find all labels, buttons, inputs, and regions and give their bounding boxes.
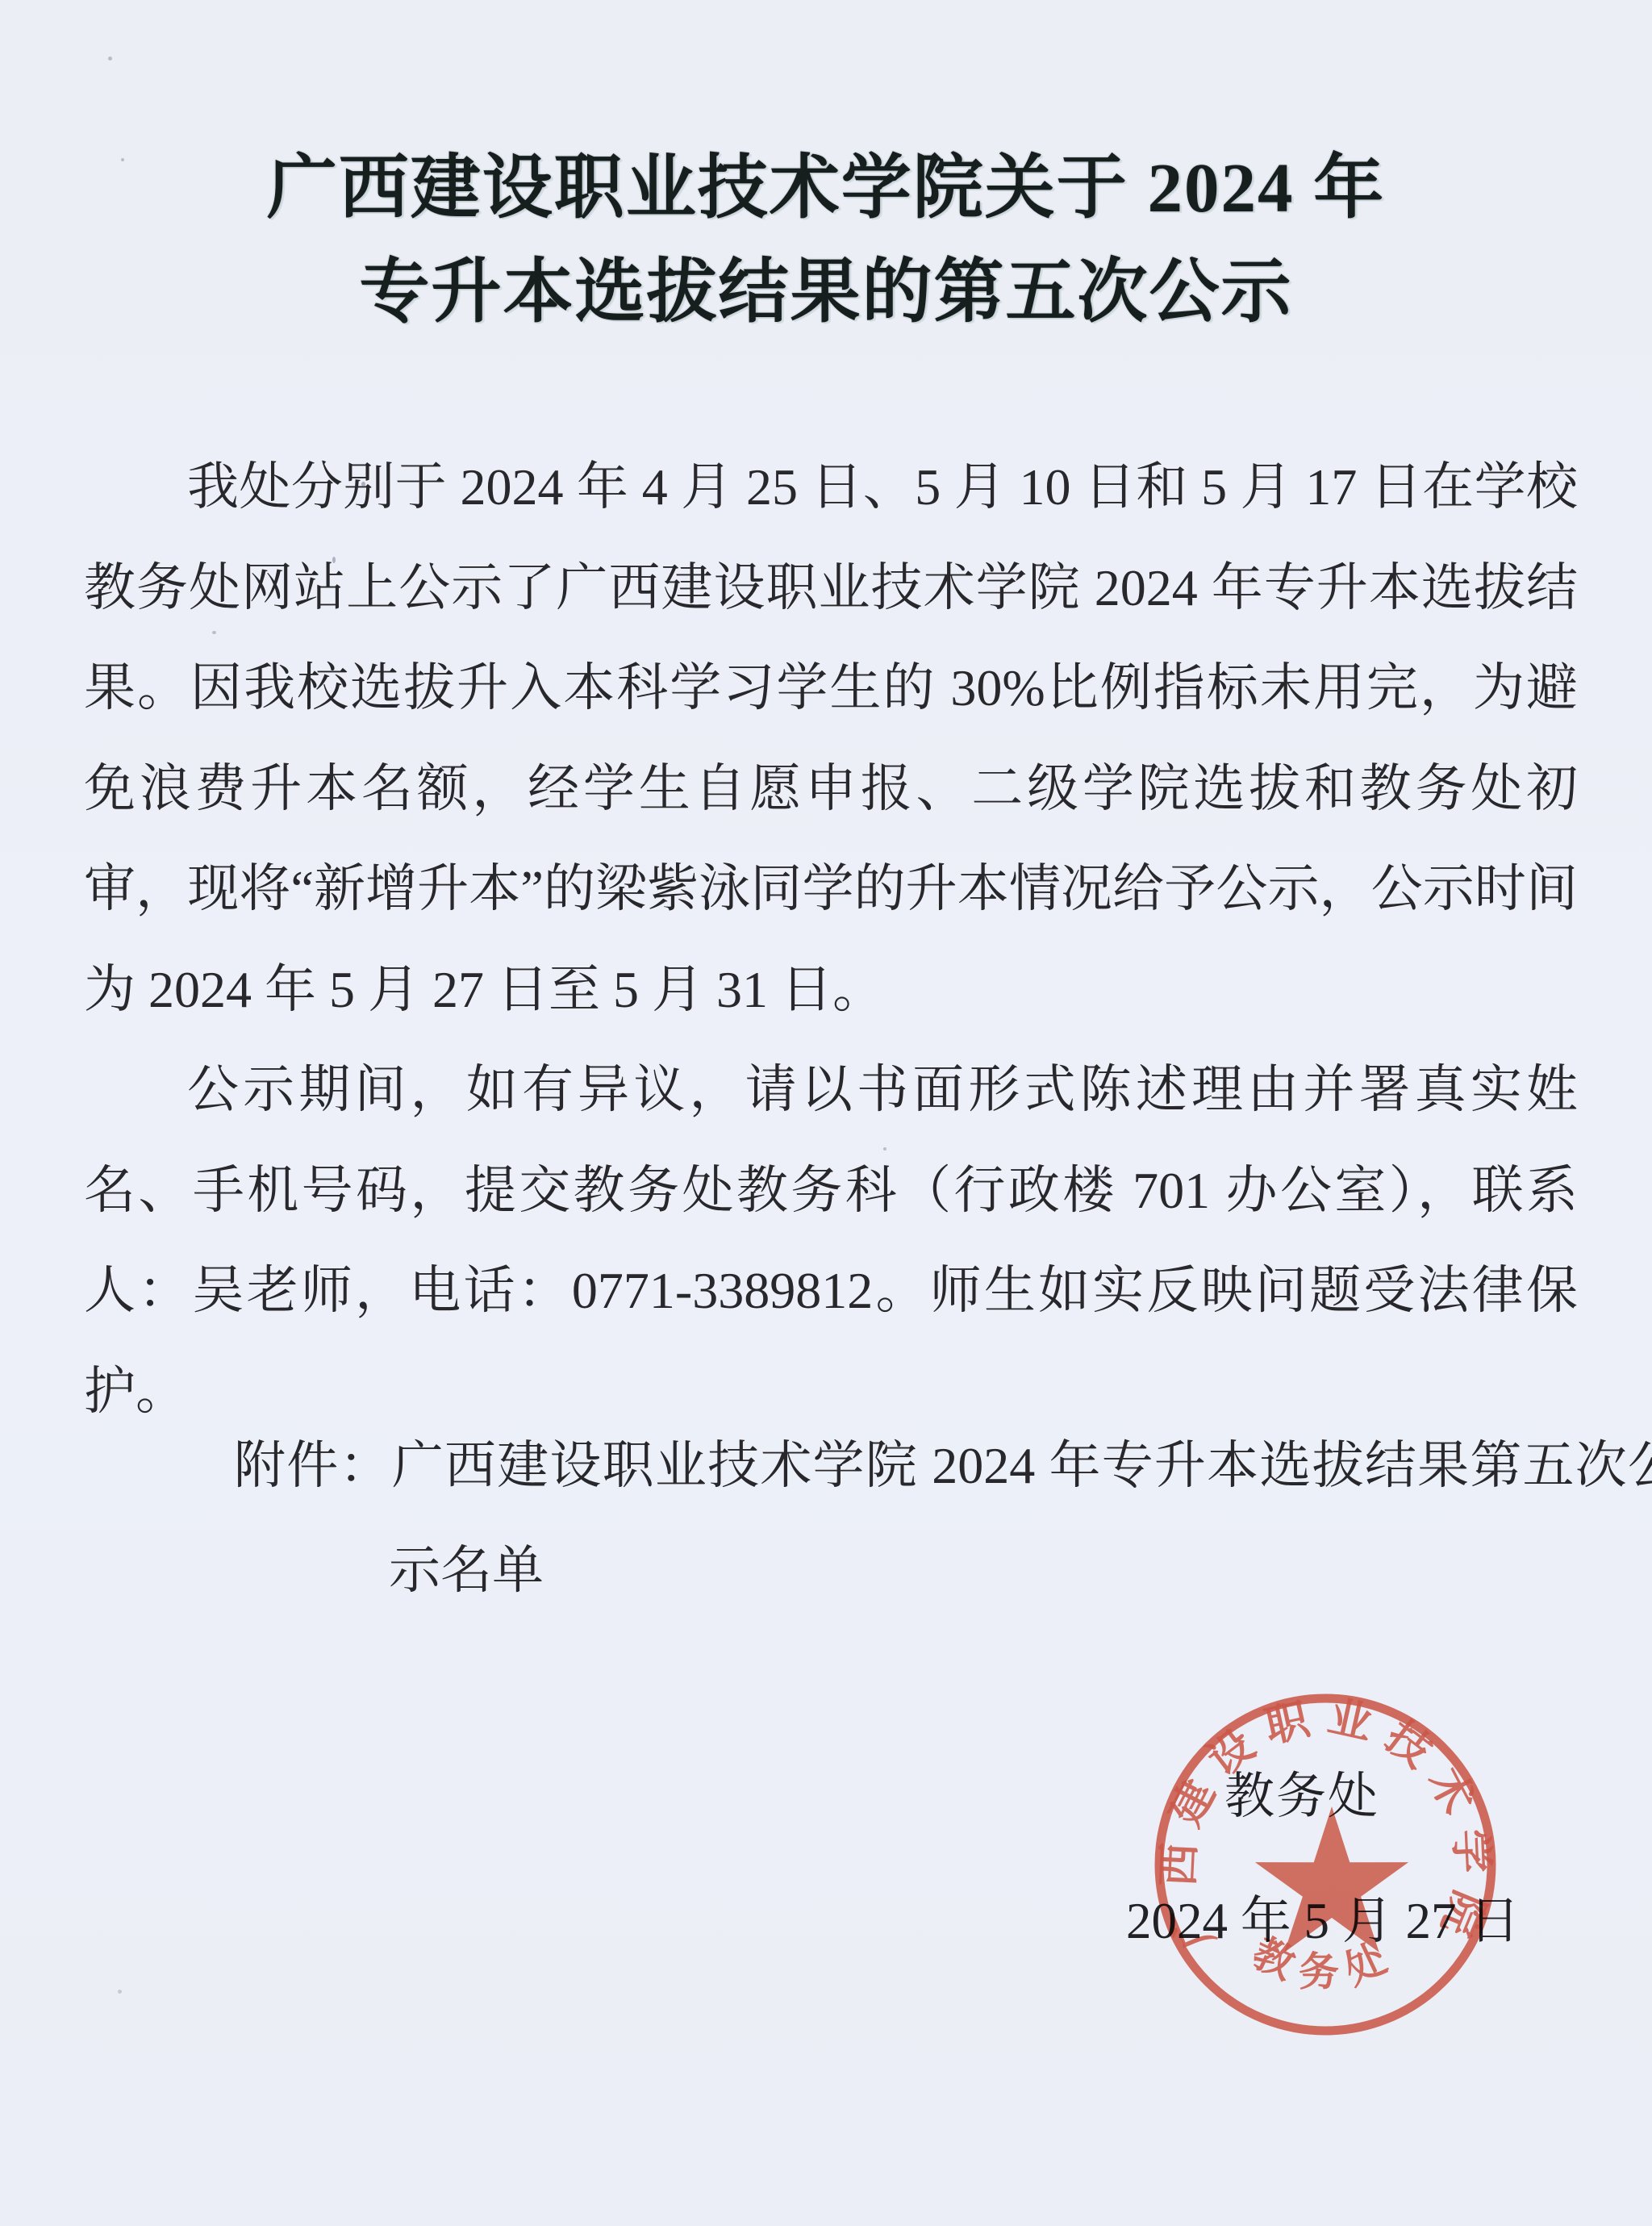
scan-speck — [883, 1147, 886, 1151]
document-title-line2: 专升本选拔结果的第五次公示 — [0, 240, 1652, 344]
body-paragraph-2: 公示期间，如有异议，请以书面形式陈述理由并署真实姓名、手机号码，提交教务处教务科… — [84, 1040, 1578, 1442]
body-paragraph-1: 我处分别于 2024 年 4 月 25 日、5 月 10 日和 5 月 17 日… — [84, 437, 1578, 1040]
document-body: 我处分别于 2024 年 4 月 25 日、5 月 10 日和 5 月 17 日… — [84, 437, 1578, 1442]
official-seal: 广西建设职业技术学院 教务处 — [1139, 1678, 1512, 2051]
scan-speck — [121, 158, 124, 161]
scan-speck — [108, 56, 112, 61]
document-page: 广西建设职业技术学院关于 2024 年 专升本选拔结果的第五次公示 我处分别于 … — [0, 0, 1652, 2226]
scan-speck — [361, 482, 365, 487]
attachment-text: 广西建设职业技术学院 2024 年专升本选拔结果第五次公示名单 — [389, 1437, 1652, 1599]
attachment-block: 附件：广西建设职业技术学院 2024 年专升本选拔结果第五次公示名单 — [234, 1414, 1652, 1623]
scan-speck — [212, 631, 216, 634]
attachment-label: 附件： — [234, 1437, 392, 1494]
scan-speck — [118, 1990, 122, 1994]
document-title: 广西建设职业技术学院关于 2024 年 专升本选拔结果的第五次公示 — [0, 136, 1652, 344]
scanned-document-page: { "title": { "line1": "广西建设职业技术学院关于 2024… — [0, 0, 1652, 2226]
scan-speck — [332, 557, 336, 563]
document-title-line1: 广西建设职业技术学院关于 2024 年 — [0, 136, 1652, 240]
seal-bottom-text: 教务处 — [1245, 1930, 1404, 1994]
